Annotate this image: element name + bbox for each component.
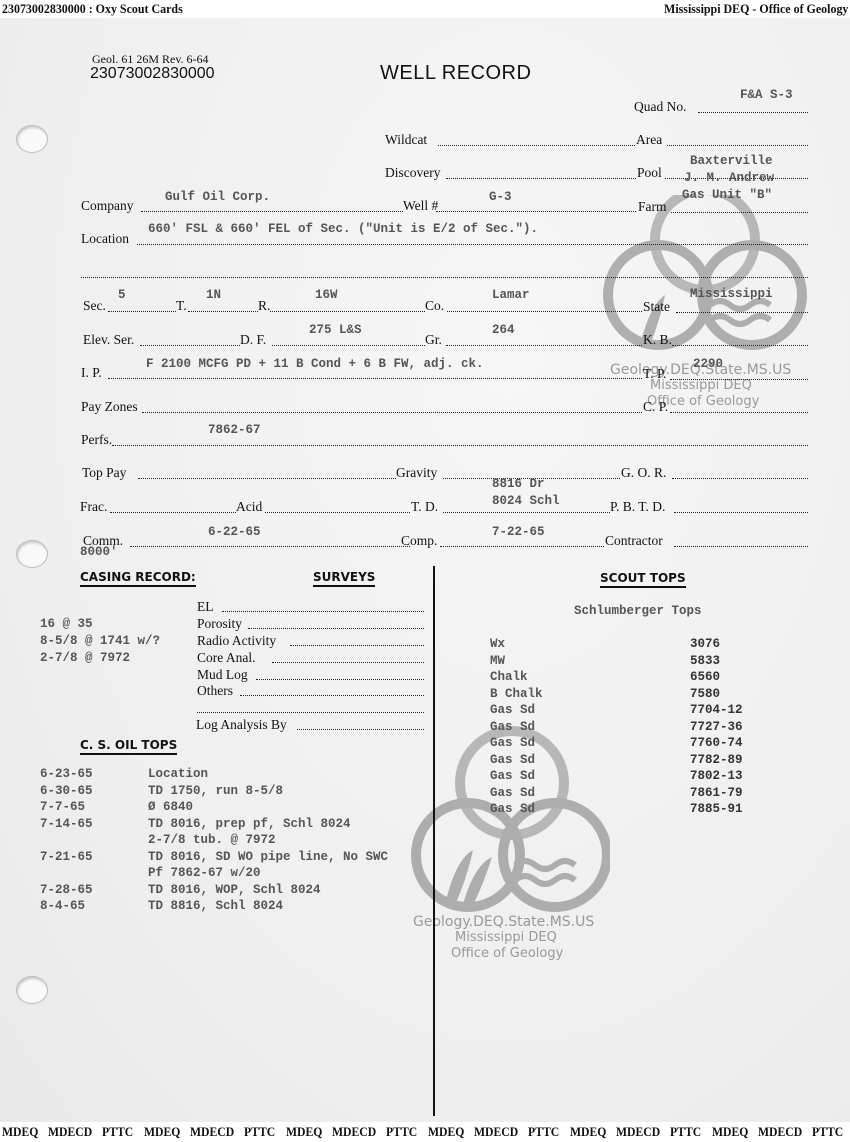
list-item: 6-30-65TD 1750, run 8-5/8 xyxy=(40,783,430,800)
pay-zones-label: Pay Zones xyxy=(81,399,138,415)
pool-value: Baxterville xyxy=(690,154,773,168)
comp-value: 7-22-65 xyxy=(492,525,545,539)
county-label: Co. xyxy=(425,298,444,314)
page-title: WELL RECORD xyxy=(380,62,531,85)
depth-note: 8000' xyxy=(80,545,118,559)
casing-entry: 16 @ 35 xyxy=(40,616,93,633)
list-item: MW5833 xyxy=(490,653,770,670)
watermark-office: Office of Geology xyxy=(451,946,563,961)
api-number: 23073002830000 xyxy=(90,65,215,83)
list-item: Gas Sd7782-89 xyxy=(490,752,770,769)
td-value-line2: 8024 Schl xyxy=(492,494,560,508)
footer-item: MDEQ xyxy=(712,1122,748,1142)
discovery-label: Discovery xyxy=(385,165,440,181)
cs-oil-tops-list: 6-23-65Location 6-30-65TD 1750, run 8-5/… xyxy=(40,766,430,915)
kb-label: K. B. xyxy=(643,332,672,348)
footer-item: MDEQ xyxy=(428,1122,464,1142)
surveys-header: SURVEYS xyxy=(313,570,375,587)
list-item: Gas Sd7802-13 xyxy=(490,768,770,785)
pbtd-label: P. B. T. D. xyxy=(610,499,665,515)
farm-value-line2: Gas Unit "B" xyxy=(682,188,772,202)
list-item: 2-7/8 tub. @ 7972 xyxy=(40,832,430,849)
punch-hole-icon xyxy=(16,540,48,568)
township-label: T. xyxy=(176,298,187,314)
company-value: Gulf Oil Corp. xyxy=(165,190,270,204)
footer-item: PTTC xyxy=(812,1122,843,1142)
document-id-title: 23073002830000 : Oxy Scout Cards xyxy=(2,0,183,18)
casing-entry: 8-5/8 @ 1741 w/? xyxy=(40,633,160,650)
footer-item: PTTC xyxy=(386,1122,417,1142)
perfs-value: 7862-67 xyxy=(208,423,261,437)
footer-item: MDECD xyxy=(190,1122,234,1142)
df-label: D. F. xyxy=(240,332,266,348)
list-item: B Chalk7580 xyxy=(490,686,770,703)
elev-ser-label: Elev. Ser. xyxy=(83,332,134,348)
footer-item: MDECD xyxy=(616,1122,660,1142)
frac-label: Frac. xyxy=(80,499,107,515)
sec-label: Sec. xyxy=(83,298,106,314)
farm-value-line1: J. M. Andrew xyxy=(684,171,774,185)
footer-item: MDECD xyxy=(758,1122,802,1142)
gravity-label: Gravity xyxy=(396,465,437,481)
cs-oil-tops-header: C. S. OIL TOPS xyxy=(80,738,177,755)
watermark-agency: Mississippi DEQ xyxy=(455,930,557,945)
gr-value: 264 xyxy=(492,323,515,337)
wildcat-label: Wildcat xyxy=(385,132,427,148)
scout-tops-header: SCOUT TOPS xyxy=(600,571,686,588)
list-item: Gas Sd7704-12 xyxy=(490,702,770,719)
location-value: 660' FSL & 660' FEL of Sec. ("Unit is E/… xyxy=(148,222,538,236)
td-label: T. D. xyxy=(411,499,438,515)
top-pay-label: Top Pay xyxy=(82,465,126,481)
footer-item: MDEQ xyxy=(2,1122,38,1142)
list-item: Chalk6560 xyxy=(490,669,770,686)
footer-item: PTTC xyxy=(244,1122,275,1142)
footer-item: MDEQ xyxy=(570,1122,606,1142)
pool-label: Pool xyxy=(637,165,662,181)
list-item: Gas Sd7885-91 xyxy=(490,801,770,818)
list-item: 6-23-65Location xyxy=(40,766,430,783)
gr-label: Gr. xyxy=(425,332,442,348)
perfs-label: Perfs. xyxy=(81,432,112,448)
list-item: 7-7-65Ø 6840 xyxy=(40,799,430,816)
well-no-value: G-3 xyxy=(489,190,512,204)
df-value: 275 L&S xyxy=(309,323,362,337)
footer-agency-strip: MDEQ MDECD PTTC MDEQ MDECD PTTC MDEQ MDE… xyxy=(0,1122,850,1142)
column-divider xyxy=(433,566,435,1116)
state-label: State xyxy=(643,299,670,315)
list-item: Gas Sd7861-79 xyxy=(490,785,770,802)
comm-value: 6-22-65 xyxy=(208,525,261,539)
survey-radio-activity-label: Radio Activity xyxy=(197,633,276,649)
quad-no-value: F&A S-3 xyxy=(740,88,793,102)
list-item: Gas Sd7760-74 xyxy=(490,735,770,752)
quad-no-label: Quad No. xyxy=(634,99,687,115)
township-value: 1N xyxy=(206,288,221,302)
gor-label: G. O. R. xyxy=(621,465,666,481)
scout-tops-list: Wx3076 MW5833 Chalk6560 B Chalk7580 Gas … xyxy=(490,636,770,818)
list-item: Pf 7862-67 w/20 xyxy=(40,865,430,882)
footer-item: PTTC xyxy=(102,1122,133,1142)
survey-el-label: EL xyxy=(197,599,214,615)
scout-tops-subheader: Schlumberger Tops xyxy=(574,603,702,620)
well-no-label: Well # xyxy=(403,198,438,214)
list-item: Gas Sd7727-36 xyxy=(490,719,770,736)
casing-entry: 2-7/8 @ 7972 xyxy=(40,650,130,667)
county-value: Lamar xyxy=(492,288,530,302)
punch-hole-icon xyxy=(16,976,48,1004)
survey-mud-log-label: Mud Log xyxy=(197,667,248,683)
list-item: 7-14-65TD 8016, prep pf, Schl 8024 xyxy=(40,816,430,833)
cp-label: C. P. xyxy=(643,399,668,415)
survey-core-anal-label: Core Anal. xyxy=(197,650,256,666)
farm-label: Farm xyxy=(638,199,667,215)
list-item: Wx3076 xyxy=(490,636,770,653)
contractor-label: Contractor xyxy=(605,533,663,549)
state-value: Mississippi xyxy=(690,287,773,301)
document-header-bar: 23073002830000 : Oxy Scout Cards Mississ… xyxy=(0,0,850,18)
list-item: 8-4-65TD 8816, Schl 8024 xyxy=(40,898,430,915)
log-analysis-by-label: Log Analysis By xyxy=(196,717,287,733)
list-item: 7-21-65TD 8016, SD WO pipe line, No SWC xyxy=(40,849,430,866)
footer-item: MDECD xyxy=(48,1122,92,1142)
footer-item: PTTC xyxy=(528,1122,559,1142)
comp-label: Comp. xyxy=(401,533,437,549)
area-label: Area xyxy=(636,132,662,148)
location-label: Location xyxy=(81,231,129,247)
footer-item: MDEQ xyxy=(144,1122,180,1142)
list-item: 7-28-65TD 8016, WOP, Schl 8024 xyxy=(40,882,430,899)
ip-label: I. P. xyxy=(81,365,102,381)
footer-item: MDEQ xyxy=(286,1122,322,1142)
tp-label: T. P. xyxy=(643,366,666,382)
acid-label: Acid xyxy=(236,499,262,515)
survey-others-label: Others xyxy=(197,683,233,699)
survey-porosity-label: Porosity xyxy=(197,616,242,632)
range-label: R. xyxy=(258,298,270,314)
sec-value: 5 xyxy=(118,288,126,302)
footer-item: MDECD xyxy=(332,1122,376,1142)
mdeq-logo-watermark-icon xyxy=(600,195,810,355)
company-label: Company xyxy=(81,198,134,214)
range-value: 16W xyxy=(315,288,338,302)
td-value-line1: 8816 Dr xyxy=(492,477,545,491)
agency-title: Mississippi DEQ - Office of Geology xyxy=(664,0,848,18)
footer-item: PTTC xyxy=(670,1122,701,1142)
ip-value: F 2100 MCFG PD + 11 B Cond + 6 B FW, adj… xyxy=(146,357,484,371)
punch-hole-icon xyxy=(16,125,48,153)
tp-value: 2290 xyxy=(693,357,723,371)
casing-record-header: CASING RECORD: xyxy=(80,570,196,587)
watermark-url: Geology.DEQ.State.MS.US xyxy=(413,914,594,930)
footer-item: MDECD xyxy=(474,1122,518,1142)
